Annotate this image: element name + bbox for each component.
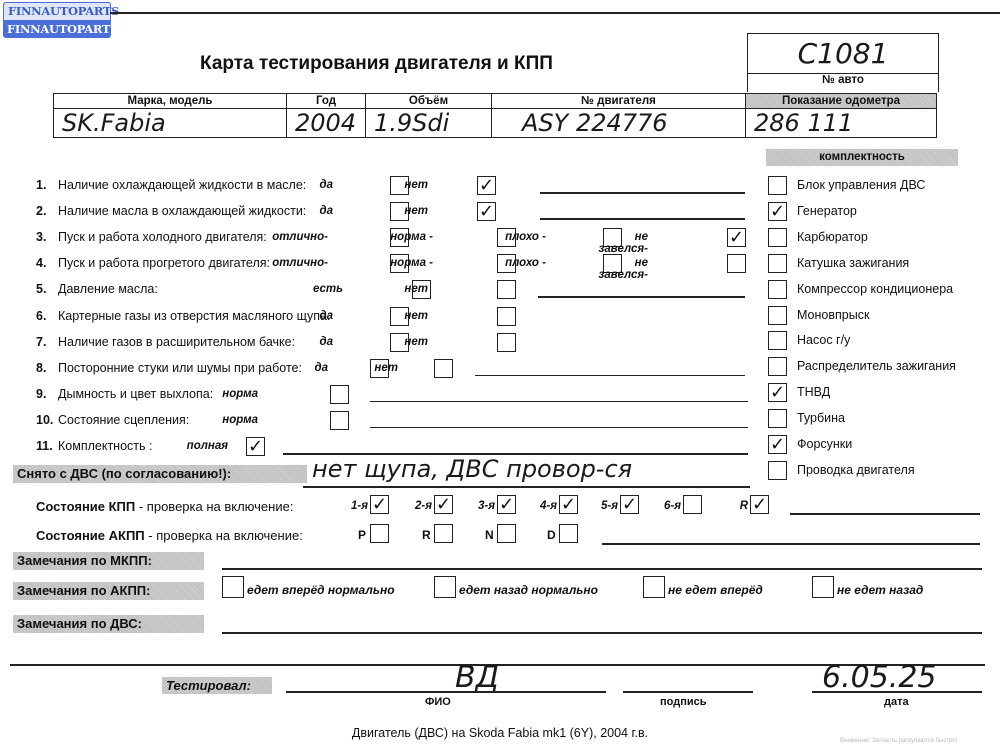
question-text: Наличие масла в охлаждающей жидкости: [58,204,306,218]
option-label: нет [370,179,428,191]
question-number: 5. [36,282,58,296]
watermark-text: Внимание! Запчасть раскупаются быстро! [840,738,957,744]
gear-checkbox-4-я[interactable]: ✓ [559,495,578,514]
checkbox-q4-4[interactable] [727,254,746,273]
question-number: 4. [36,256,58,270]
auto-number-label: № авто [748,74,938,86]
question-number: 7. [36,335,58,349]
akpp-remark-checkbox[interactable] [643,576,665,598]
gear-label: 3-я [455,500,495,512]
gear-label: 6-я [641,500,681,512]
komplektnost-item: Насос г/у [797,333,850,347]
signature-caption: подпись [660,696,707,708]
question-9: 9.Дымность и цвет выхлопа: [36,387,213,401]
question-number: 1. [36,178,58,192]
question-text: Пуск и работа прогретого двигателя: [58,256,270,270]
option-label: нет [370,283,428,295]
checkbox-q11-1[interactable]: ✓ [246,437,265,456]
tested-label: Тестировал: [162,677,272,694]
option-label: да [275,205,333,217]
akpp-remark-label: едет вперёд нормально [247,583,395,597]
akpp-remark-label: не едет назад [837,583,923,597]
gear-label: 5-я [578,500,618,512]
comment-line[interactable] [538,296,745,298]
question-10: 10.Состояние сцепления: [36,413,189,427]
mode-label: D [547,528,556,542]
page-title: Карта тестирования двигателя и КПП [200,53,553,75]
auto-number[interactable]: C1081 [748,34,938,74]
option-label: нет [340,362,398,374]
mode-checkbox-D[interactable] [559,524,578,543]
komplektnost-item: Форсунки [797,437,852,451]
col-odometer: Показание одометра [746,94,937,109]
question-text: Наличие охлаждающей жидкости в масле: [58,178,306,192]
col-make-model: Марка, модель [54,94,287,109]
question-1: 1.Наличие охлаждающей жидкости в масле: [36,178,306,192]
comment-line[interactable] [370,427,748,429]
question-text: Давление масла: [58,282,158,296]
question-number: 9. [36,387,58,401]
gear-checkbox-1-я[interactable]: ✓ [370,495,389,514]
question-2: 2.Наличие масла в охлаждающей жидкости: [36,204,306,218]
komplektnost-checkbox[interactable] [768,306,787,325]
kpp-label: Состояние КПП - проверка на включение: [36,499,293,514]
remarks-dvs-label: Замечания по ДВС: [13,615,204,633]
kpp-underline [790,513,980,515]
logo-line-2: FINNAUTOPARTS [3,21,111,38]
komplektnost-checkbox[interactable] [768,409,787,428]
fio-value[interactable]: ВД [455,660,499,695]
option-label: норма [200,388,258,400]
mode-label: N [485,528,494,542]
komplektnost-item: Турбина [797,411,845,425]
checkbox-q8-2[interactable] [434,359,453,378]
checkbox-q5-2[interactable] [497,280,516,299]
question-number: 3. [36,230,58,244]
kpp-label-bold: Состояние КПП [36,499,135,514]
gear-checkbox-R[interactable]: ✓ [750,495,769,514]
checkbox-q10-1[interactable] [330,411,349,430]
fio-caption: ФИО [425,696,451,708]
question-text: Дымность и цвет выхлопа: [58,387,213,401]
komplektnost-item: Генератор [797,204,857,218]
akpp-underline [602,543,980,545]
removed-label: Снято с ДВС (по согласованию!): [13,465,307,483]
komplektnost-header: комплектность [766,149,958,166]
option-label: нет [370,310,428,322]
option-label: отлично- [270,231,328,243]
option-label: норма [200,414,258,426]
komplektnost-item: Моновпрыск [797,308,869,322]
engine-number-value[interactable]: ASY 224776 [492,109,746,138]
removed-value[interactable]: нет щупа, ДВС провор-ся [312,455,632,483]
komplektnost-checkbox[interactable] [768,331,787,350]
gear-label: R [708,500,748,512]
date-line [812,691,982,693]
comment-line[interactable] [540,218,745,220]
komplektnost-item: Катушка зажигания [797,256,909,270]
gear-checkbox-2-я[interactable]: ✓ [434,495,453,514]
volume-value[interactable]: 1.9Sdi [366,109,492,138]
date-caption: дата [884,696,909,708]
akpp-label-rest: - проверка на включение: [145,528,303,543]
question-number: 2. [36,204,58,218]
kpp-label-rest: - проверка на включение: [135,499,293,514]
komplektnost-checkbox[interactable] [768,228,787,247]
question-text: Пуск и работа холодного двигателя: [58,230,267,244]
checkbox-q7-2[interactable] [497,333,516,352]
question-text: Состояние сцепления: [58,413,189,427]
gear-checkbox-6-я[interactable] [683,495,702,514]
akpp-label: Состояние АКПП - проверка на включение: [36,528,303,543]
komplektnost-checkbox[interactable] [768,176,787,195]
komplektnost-item: Компрессор кондиционера [797,282,953,296]
gear-checkbox-3-я[interactable]: ✓ [497,495,516,514]
remarks-dvs-line[interactable] [222,632,982,634]
col-volume: Объём [366,94,492,109]
question-number: 10. [36,413,58,427]
date-value[interactable]: 6.05.25 [822,660,937,695]
logo-line-1: FINNAUTOPARTS [3,2,111,21]
mode-label: P [358,528,366,542]
gear-checkbox-5-я[interactable]: ✓ [620,495,639,514]
signature-line[interactable] [623,691,753,693]
komplektnost-checkbox[interactable] [768,254,787,273]
checkbox-q6-2[interactable] [497,307,516,326]
komplektnost-checkbox[interactable] [768,461,787,480]
option-label: полная [170,440,228,452]
option-label: да [275,310,333,322]
col-year: Год [287,94,366,109]
question-3: 3.Пуск и работа холодного двигателя: [36,230,267,244]
comment-line[interactable] [370,401,748,403]
option-label: да [275,336,333,348]
option-label: да [270,362,328,374]
question-number: 8. [36,361,58,375]
comment-line[interactable] [475,375,745,377]
removed-underline [303,486,750,488]
akpp-remark-checkbox[interactable] [434,576,456,598]
question-number: 11. [36,439,58,453]
mode-checkbox-P[interactable] [370,524,389,543]
akpp-label-bold: Состояние АКПП [36,528,145,543]
question-8: 8.Посторонние стуки или шумы при работе: [36,361,302,375]
komplektnost-checkbox[interactable]: ✓ [768,202,787,221]
remarks-mkpp-line[interactable] [222,568,982,570]
komplektnost-checkbox[interactable]: ✓ [768,383,787,402]
option-label: норма - [375,257,433,269]
akpp-remark-label: едет назад нормально [459,583,598,597]
question-11: 11.Комплектность : [36,439,152,453]
akpp-remark-checkbox[interactable] [222,576,244,598]
komplektnost-checkbox[interactable] [768,280,787,299]
komplektnost-item: Карбюратор [797,230,868,244]
question-text: Наличие газов в расширительном бачке: [58,335,295,349]
akpp-remark-checkbox[interactable] [812,576,834,598]
vehicle-info-table: Марка, модель Год Объём № двигателя Пока… [53,93,937,138]
year-value[interactable]: 2004 [287,109,366,138]
odometer-value[interactable]: 286 111 [746,109,937,138]
gear-label: 4-я [517,500,557,512]
auto-number-box: C1081 № авто [747,33,939,92]
comment-line[interactable] [540,192,745,194]
checkbox-q3-4[interactable]: ✓ [727,228,746,247]
option-label: нет [370,336,428,348]
checkbox-q1-2[interactable]: ✓ [477,176,496,195]
komplektnost-item: ТНВД [797,385,830,399]
question-4: 4.Пуск и работа прогретого двигателя: [36,256,270,270]
option-label: не завелся- [590,231,648,255]
option-label: плохо - [488,231,546,243]
gear-label: 1-я [328,500,368,512]
komplektnost-item: Проводка двигателя [797,463,915,477]
option-label: есть [285,283,343,295]
gear-label: 2-я [392,500,432,512]
option-label: норма - [375,231,433,243]
col-engine-number: № двигателя [492,94,746,109]
question-text: Комплектность : [58,439,152,453]
fio-line [286,691,606,693]
mode-checkbox-N[interactable] [497,524,516,543]
question-number: 6. [36,309,58,323]
mode-checkbox-R[interactable] [434,524,453,543]
top-rule [110,12,1000,14]
remarks-mkpp-label: Замечания по МКПП: [13,552,204,570]
option-label: нет [370,205,428,217]
komplektnost-item: Блок управления ДВС [797,178,925,192]
checkbox-q9-1[interactable] [330,385,349,404]
question-5: 5.Давление масла: [36,282,158,296]
akpp-remark-label: не едет вперёд [668,583,763,597]
mode-label: R [422,528,431,542]
option-label: отлично- [270,257,328,269]
question-text: Посторонние стуки или шумы при работе: [58,361,302,375]
remarks-akpp-label: Замечания по АКПП: [13,582,204,600]
question-7: 7.Наличие газов в расширительном бачке: [36,335,295,349]
option-label: плохо - [488,257,546,269]
option-label: не завелся- [590,257,648,281]
option-label: да [275,179,333,191]
watermark-logo: FINNAUTOPARTS FINNAUTOPARTS [3,2,111,38]
komplektnost-checkbox[interactable]: ✓ [768,435,787,454]
komplektnost-checkbox[interactable] [768,357,787,376]
checkbox-q2-2[interactable]: ✓ [477,202,496,221]
komplektnost-item: Распределитель зажигания [797,359,956,373]
make-model-value[interactable]: SK.Fabia [54,109,287,138]
